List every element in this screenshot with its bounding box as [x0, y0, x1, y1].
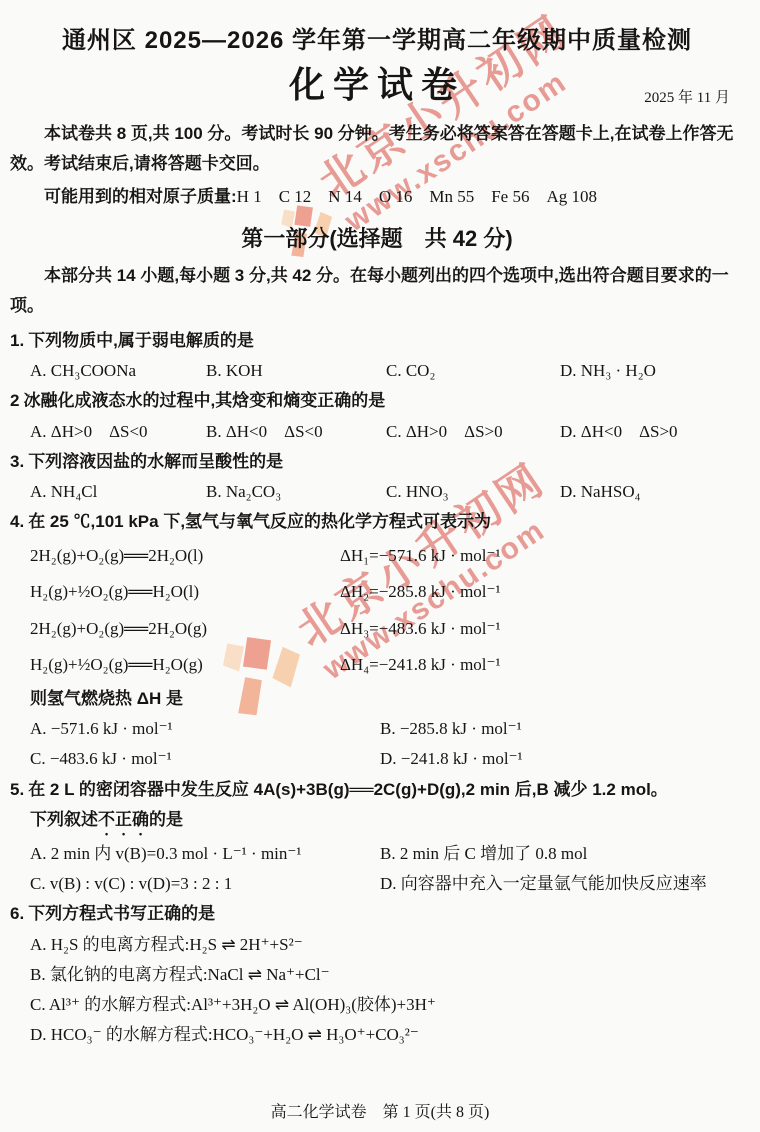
equation-enthalpy: ΔH₃=−483.6 kJ · mol⁻¹ — [340, 611, 744, 648]
equation-formula: 2H₂(g)+O₂(g)══2H₂O(l) — [30, 538, 340, 575]
atomic-mass-line: 可能用到的相对原子质量:H 1 C 12 N 14 O 16 Mn 55 Fe … — [10, 183, 744, 212]
equation-formula: 2H₂(g)+O₂(g)══2H₂O(g) — [30, 611, 340, 648]
question-1: 1.下列物质中,属于弱电解质的是 A. CH₃COONa B. KOH C. C… — [10, 326, 744, 387]
thermochemical-equations: 2H₂(g)+O₂(g)══2H₂O(l) ΔH₁=−571.6 kJ · mo… — [10, 538, 744, 684]
equation-formula: H₂(g)+½O₂(g)══H₂O(g) — [30, 647, 340, 684]
options-list: A. H₂S 的电离方程式:H₂S ⇌ 2H⁺+S²⁻ B. 氯化钠的电离方程式… — [10, 930, 744, 1051]
question-5: 5.在 2 L 的密闭容器中发生反应 4A(s)+3B(g)══2C(g)+D(… — [10, 775, 744, 900]
question-stem: 冰融化成液态水的过程中,其焓变和熵变正确的是 — [23, 391, 385, 410]
option-a: A. 2 min 内 v(B)=0.3 mol · L⁻¹ · min⁻¹ — [30, 839, 380, 869]
option-a: A. H₂S 的电离方程式:H₂S ⇌ 2H⁺+S²⁻ — [30, 930, 744, 960]
option-d: D. −241.8 kJ · mol⁻¹ — [380, 744, 744, 774]
option-d: D. NaHSO₄ — [560, 477, 744, 507]
option-c: C. CO₂ — [386, 356, 560, 386]
section-instruction: 本部分共 14 小题,每小题 3 分,共 42 分。在每小题列出的四个选项中,选… — [10, 261, 744, 322]
options-row: A. NH₄Cl B. Na₂CO₃ C. HNO₃ D. NaHSO₄ — [10, 477, 744, 507]
options-row: A. CH₃COONa B. KOH C. CO₂ D. NH₃ · H₂O — [10, 356, 744, 386]
equation-row: 2H₂(g)+O₂(g)══2H₂O(l) ΔH₁=−571.6 kJ · mo… — [30, 538, 744, 575]
option-c: C. ΔH>0 ΔS>0 — [386, 417, 560, 447]
equation-row: 2H₂(g)+O₂(g)══2H₂O(g) ΔH₃=−483.6 kJ · mo… — [30, 611, 744, 648]
option-b: B. KOH — [206, 356, 386, 386]
options-row: A. −571.6 kJ · mol⁻¹ B. −285.8 kJ · mol⁻… — [10, 714, 744, 775]
equation-row: H₂(g)+½O₂(g)══H₂O(l) ΔH₂=−285.8 kJ · mol… — [30, 574, 744, 611]
question-number: 5. — [10, 780, 24, 799]
question-stem: 在 2 L 的密闭容器中发生反应 4A(s)+3B(g)══2C(g)+D(g)… — [28, 780, 668, 799]
option-d: D. NH₃ · H₂O — [560, 356, 744, 386]
emphasized-text: 不正确 — [98, 810, 149, 829]
option-b: B. Na₂CO₃ — [206, 477, 386, 507]
subject-title: 化学试卷 — [289, 65, 465, 105]
option-c: C. −483.6 kJ · mol⁻¹ — [30, 744, 380, 774]
exam-notice: 本试卷共 8 页,共 100 分。考试时长 90 分钟。考生务必将答案答在答题卡… — [10, 119, 744, 179]
option-b: B. 2 min 后 C 增加了 0.8 mol — [380, 839, 744, 869]
question-4: 4.在 25 ℃,101 kPa 下,氢气与氧气反应的热化学方程式可表示为 2H… — [10, 507, 744, 774]
question-stem-continued: 则氢气燃烧热 ΔH 是 — [10, 684, 744, 714]
equation-formula: H₂(g)+½O₂(g)══H₂O(l) — [30, 574, 340, 611]
equation-row: H₂(g)+½O₂(g)══H₂O(g) ΔH₄=−241.8 kJ · mol… — [30, 647, 744, 684]
question-stem: 下列物质中,属于弱电解质的是 — [28, 331, 254, 350]
question-number: 2 — [10, 391, 19, 410]
option-a: A. CH₃COONa — [30, 356, 206, 386]
option-c: C. v(B) : v(C) : v(D)=3 : 2 : 1 — [30, 869, 380, 899]
question-stem-continued: 下列叙述不正确的是 — [10, 805, 744, 839]
option-c: C. Al³⁺ 的水解方程式:Al³⁺+3H₂O ⇌ Al(OH)₃(胶体)+3… — [30, 990, 744, 1020]
question-3: 3.下列溶液因盐的水解而呈酸性的是 A. NH₄Cl B. Na₂CO₃ C. … — [10, 447, 744, 508]
question-stem: 在 25 ℃,101 kPa 下,氢气与氧气反应的热化学方程式可表示为 — [28, 512, 491, 531]
equation-enthalpy: ΔH₁=−571.6 kJ · mol⁻¹ — [340, 538, 744, 575]
options-row: A. 2 min 内 v(B)=0.3 mol · L⁻¹ · min⁻¹ B.… — [10, 839, 744, 900]
equation-enthalpy: ΔH₄=−241.8 kJ · mol⁻¹ — [340, 647, 744, 684]
equation-enthalpy: ΔH₂=−285.8 kJ · mol⁻¹ — [340, 574, 744, 611]
question-stem-row: 2冰融化成液态水的过程中,其焓变和熵变正确的是 — [10, 386, 744, 416]
question-stem: 下列溶液因盐的水解而呈酸性的是 — [28, 452, 283, 471]
exam-date: 2025 年 11 月 — [644, 86, 730, 107]
question-number: 3. — [10, 452, 24, 471]
exam-page: 通州区 2025—2026 学年第一学期高二年级期中质量检测 化学试卷 2025… — [0, 0, 760, 1051]
question-number: 4. — [10, 512, 24, 531]
option-d: D. HCO₃⁻ 的水解方程式:HCO₃⁻+H₂O ⇌ H₃O⁺+CO₃²⁻ — [30, 1020, 744, 1050]
options-row: A. ΔH>0 ΔS<0 B. ΔH<0 ΔS<0 C. ΔH>0 ΔS>0 D… — [10, 417, 744, 447]
section-title: 第一部分(选择题 共 42 分) — [10, 222, 744, 253]
option-b: B. −285.8 kJ · mol⁻¹ — [380, 714, 744, 744]
question-2: 2冰融化成液态水的过程中,其焓变和熵变正确的是 A. ΔH>0 ΔS<0 B. … — [10, 386, 744, 447]
option-b: B. ΔH<0 ΔS<0 — [206, 417, 386, 447]
question-stem-row: 1.下列物质中,属于弱电解质的是 — [10, 326, 744, 356]
question-stem: 下列方程式书写正确的是 — [28, 904, 215, 923]
stem-text: 的是 — [149, 810, 183, 829]
option-a: A. ΔH>0 ΔS<0 — [30, 417, 206, 447]
question-stem-row: 3.下列溶液因盐的水解而呈酸性的是 — [10, 447, 744, 477]
question-number: 6. — [10, 904, 24, 923]
exam-title: 通州区 2025—2026 学年第一学期高二年级期中质量检测 — [10, 20, 744, 55]
option-d: D. 向容器中充入一定量氩气能加快反应速率 — [380, 869, 744, 899]
question-stem-row: 5.在 2 L 的密闭容器中发生反应 4A(s)+3B(g)══2C(g)+D(… — [10, 775, 744, 805]
question-6: 6.下列方程式书写正确的是 A. H₂S 的电离方程式:H₂S ⇌ 2H⁺+S²… — [10, 899, 744, 1050]
option-d: D. ΔH<0 ΔS>0 — [560, 417, 744, 447]
question-stem-row: 6.下列方程式书写正确的是 — [10, 899, 744, 929]
question-stem-row: 4.在 25 ℃,101 kPa 下,氢气与氧气反应的热化学方程式可表示为 — [10, 507, 744, 537]
option-c: C. HNO₃ — [386, 477, 560, 507]
atomic-mass-label: 可能用到的相对原子质量: — [44, 187, 237, 206]
option-a: A. −571.6 kJ · mol⁻¹ — [30, 714, 380, 744]
stem-text: 下列叙述 — [30, 810, 98, 829]
option-b: B. 氯化钠的电离方程式:NaCl ⇌ Na⁺+Cl⁻ — [30, 960, 744, 990]
atomic-mass-values: H 1 C 12 N 14 O 16 Mn 55 Fe 56 Ag 108 — [237, 187, 597, 206]
option-a: A. NH₄Cl — [30, 477, 206, 507]
subject-title-row: 化学试卷 2025 年 11 月 — [10, 57, 744, 109]
page-footer: 高二化学试卷 第 1 页(共 8 页) — [0, 1099, 760, 1122]
question-number: 1. — [10, 331, 24, 350]
